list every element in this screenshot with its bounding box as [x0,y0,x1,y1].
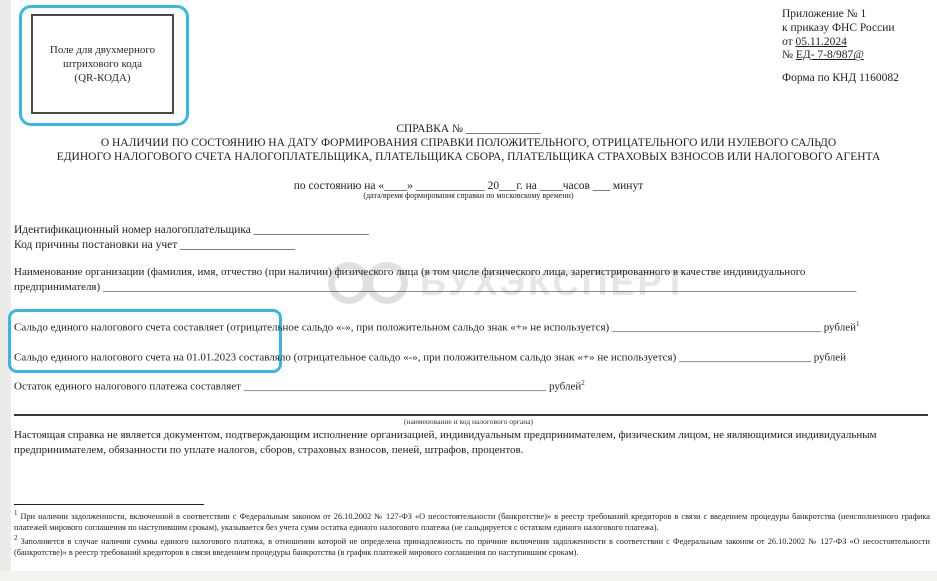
as-of-line: по состоянию на «____» ____________ 20__… [0,180,937,201]
footnote-ref-1: 1 [856,320,860,328]
form-code-label: Форма по КНД 1160082 [782,72,930,86]
qr-placeholder-line: штрихового кода [33,57,172,71]
footnote-ref-2: 2 [581,379,585,387]
page-edge-bottom [0,571,937,581]
page-edge-left [0,0,11,581]
appendix-label: Приложение № 1 [782,8,930,22]
org-name-line-2: предпринимателя) _______________________… [14,281,930,293]
kpp-field-line: Код причины постановки на учет _________… [14,239,930,251]
saldo-initial-line: Сальдо единого налогового счета на 01.01… [14,350,930,364]
title-line-2: О НАЛИЧИИ ПО СОСТОЯНИЮ НА ДАТУ ФОРМИРОВА… [0,136,937,150]
header-right-block: Приложение № 1 к приказу ФНС России от 0… [782,8,930,86]
order-date-line: от 05.11.2024 [782,36,930,50]
disclaimer-paragraph: Настоящая справка не является документом… [14,428,930,457]
order-number-line: № ЕД- 7-8/987@ [782,49,930,63]
footnote-2: 2 Заполняется в случае наличия суммы еди… [14,534,930,559]
order-label: к приказу ФНС России [782,22,930,36]
title-line-3: ЕДИНОГО НАЛОГОВОГО СЧЕТА НАЛОГОПЛАТЕЛЬЩИ… [0,150,937,164]
order-number: ЕД- 7-8/987@ [796,49,864,61]
inn-field-line: Идентификационный номер налогоплательщик… [14,224,930,236]
as-of-caption: (дата/время формирования справки по моск… [0,191,937,201]
qr-code-placeholder: Поле для двухмерного штрихового кода (QR… [31,14,174,114]
saldo-current-line: Сальдо единого налогового счета составля… [14,320,930,334]
footnote-separator [14,504,204,505]
title-line-1: СПРАВКА № _____________ [0,122,937,136]
qr-placeholder-line: Поле для двухмерного [33,43,172,57]
tax-office-fill-line [14,414,928,416]
document-page: БУХЭКСПЕРТ Поле для двухмерного штрихово… [0,0,937,581]
qr-placeholder-line: (QR-КОДА) [33,71,172,85]
enp-remainder-line: Остаток единого налогового платежа соста… [14,379,930,393]
tax-office-caption: (наименование и код налогового органа) [0,417,937,426]
footnotes-block: 1 При наличии задолженности, включенной … [14,509,930,558]
document-title: СПРАВКА № _____________ О НАЛИЧИИ ПО СОС… [0,122,937,164]
order-date: 05.11.2024 [796,36,847,48]
footnote-1: 1 При наличии задолженности, включенной … [14,509,930,534]
org-name-line-1: Наименование организации (фамилия, имя, … [14,266,930,278]
